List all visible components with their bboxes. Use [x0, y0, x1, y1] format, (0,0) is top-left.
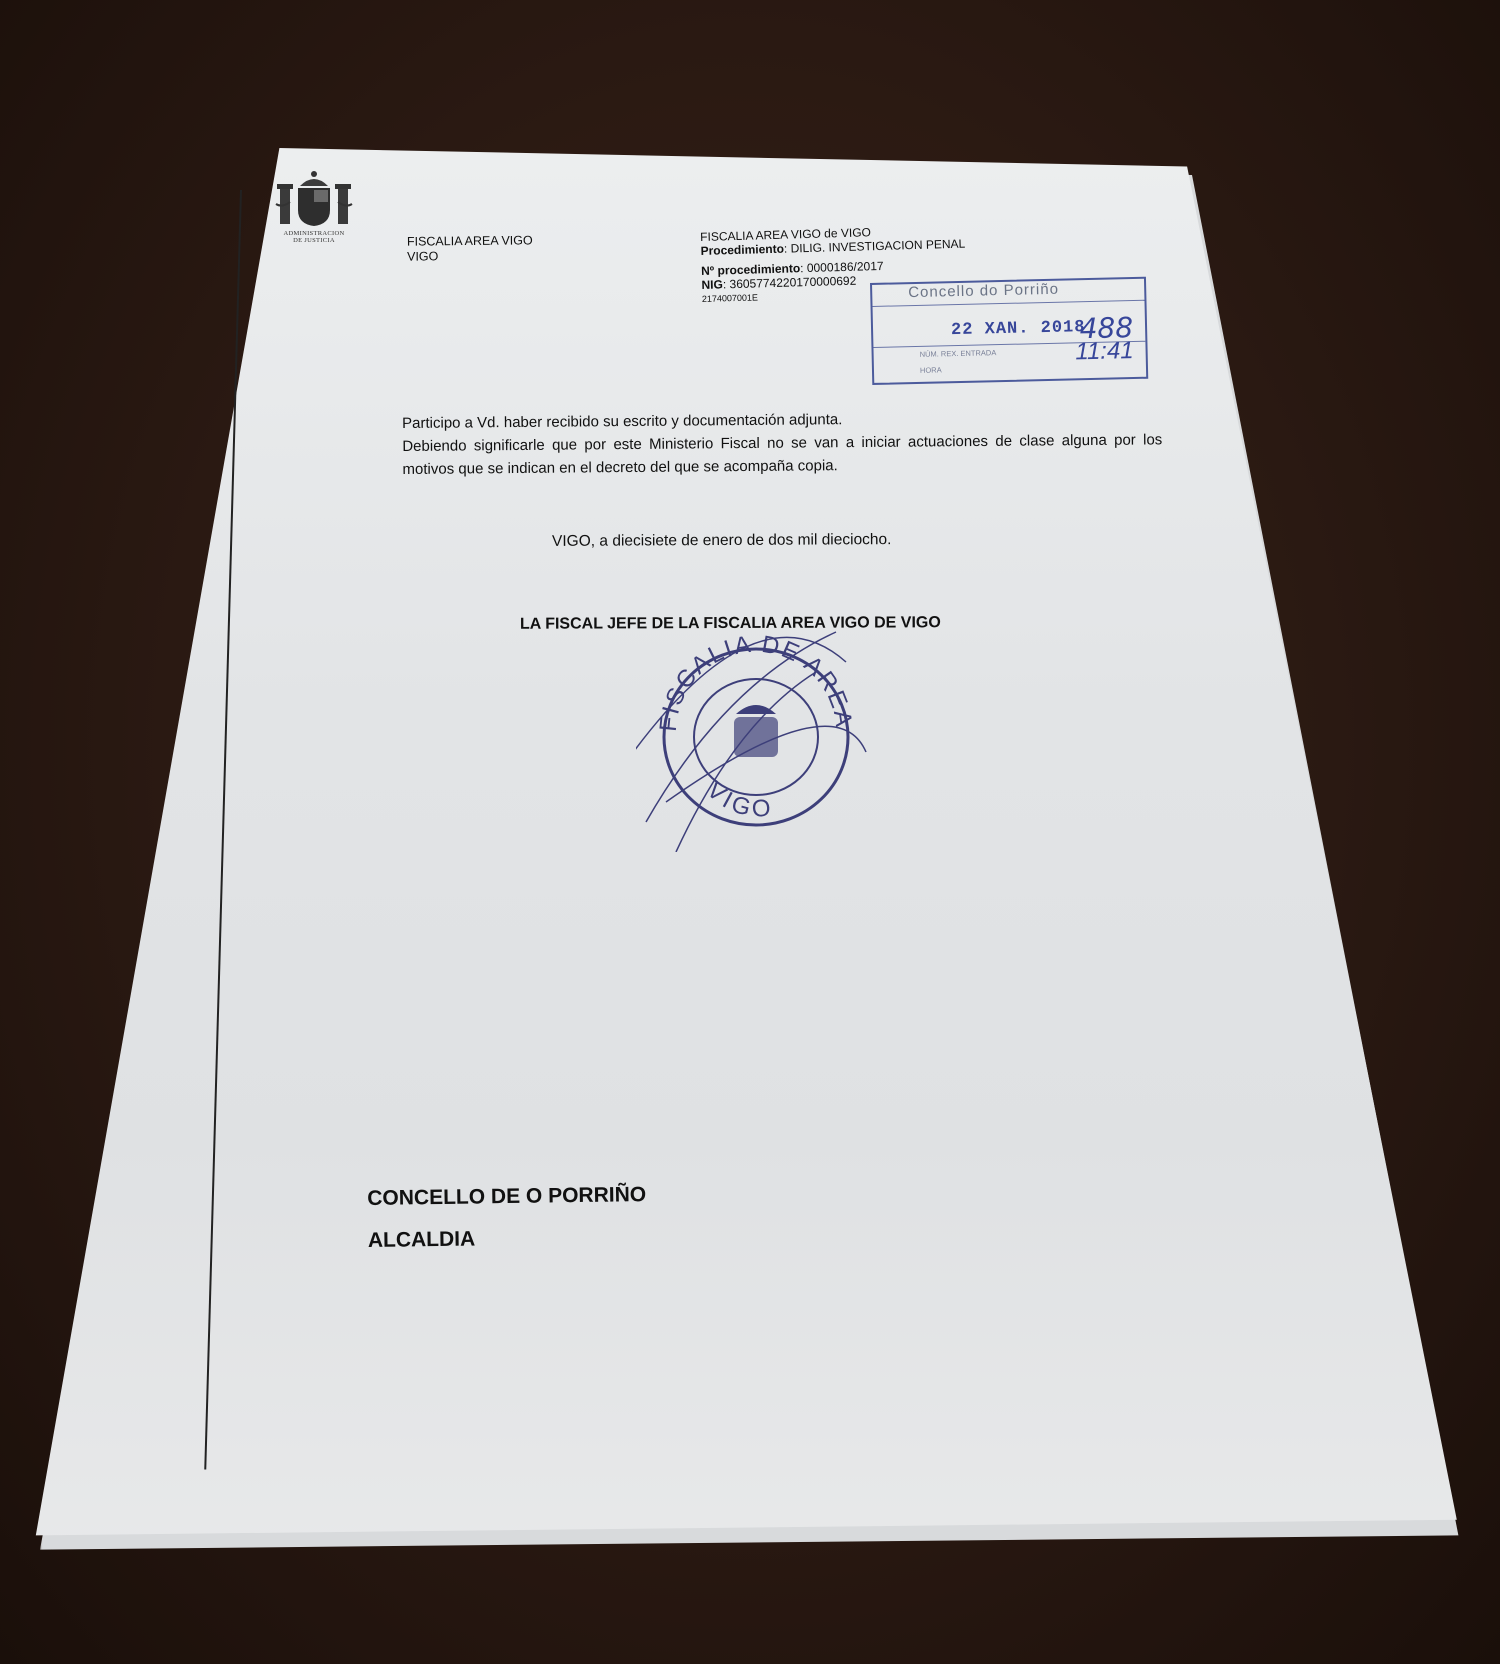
- body-paragraph-2: Debiendo significarle que por este Minis…: [402, 428, 1162, 481]
- official-seal-icon: FISCALIA DE AREA VIGO: [636, 622, 876, 852]
- registry-entry-label: NÚM. REX. ENTRADA: [920, 348, 997, 359]
- registry-stamp-date: 22 XAN. 2018: [951, 318, 1086, 340]
- letter-body: Participo a Vd. haber recibido su escrit…: [402, 405, 1163, 481]
- crest-label-2: DE JUSTICIA: [272, 237, 356, 244]
- place-and-date: VIGO, a diecisiete de enero de dos mil d…: [552, 531, 892, 551]
- sender-line-2: VIGO: [407, 248, 533, 264]
- sender-line-1: FISCALIA AREA VIGO: [407, 233, 533, 249]
- recipient-line-1: CONCELLO DE O PORRIÑO: [367, 1174, 646, 1220]
- crest-block: ADMINISTRACION DE JUSTICIA: [272, 170, 356, 245]
- recipient-line-2: ALCALDIA: [368, 1216, 647, 1262]
- spanish-coat-of-arms-icon: [272, 170, 356, 230]
- registry-stamp-header: Concello do Porriño: [872, 279, 1144, 307]
- crest-label-1: ADMINISTRACION: [272, 230, 356, 237]
- sender-block: FISCALIA AREA VIGO VIGO: [407, 233, 533, 264]
- registry-stamp: Concello do Porriño 22 XAN. 2018 488 NÚM…: [870, 277, 1148, 385]
- margin-rule: [204, 190, 242, 1470]
- document-content: ADMINISTRACION DE JUSTICIA FISCALIA AREA…: [0, 0, 1500, 1664]
- registry-time: 11:41: [1075, 337, 1134, 366]
- recipient-block: CONCELLO DE O PORRIÑO ALCALDIA: [367, 1174, 647, 1262]
- registry-time-label: HORA: [920, 365, 942, 374]
